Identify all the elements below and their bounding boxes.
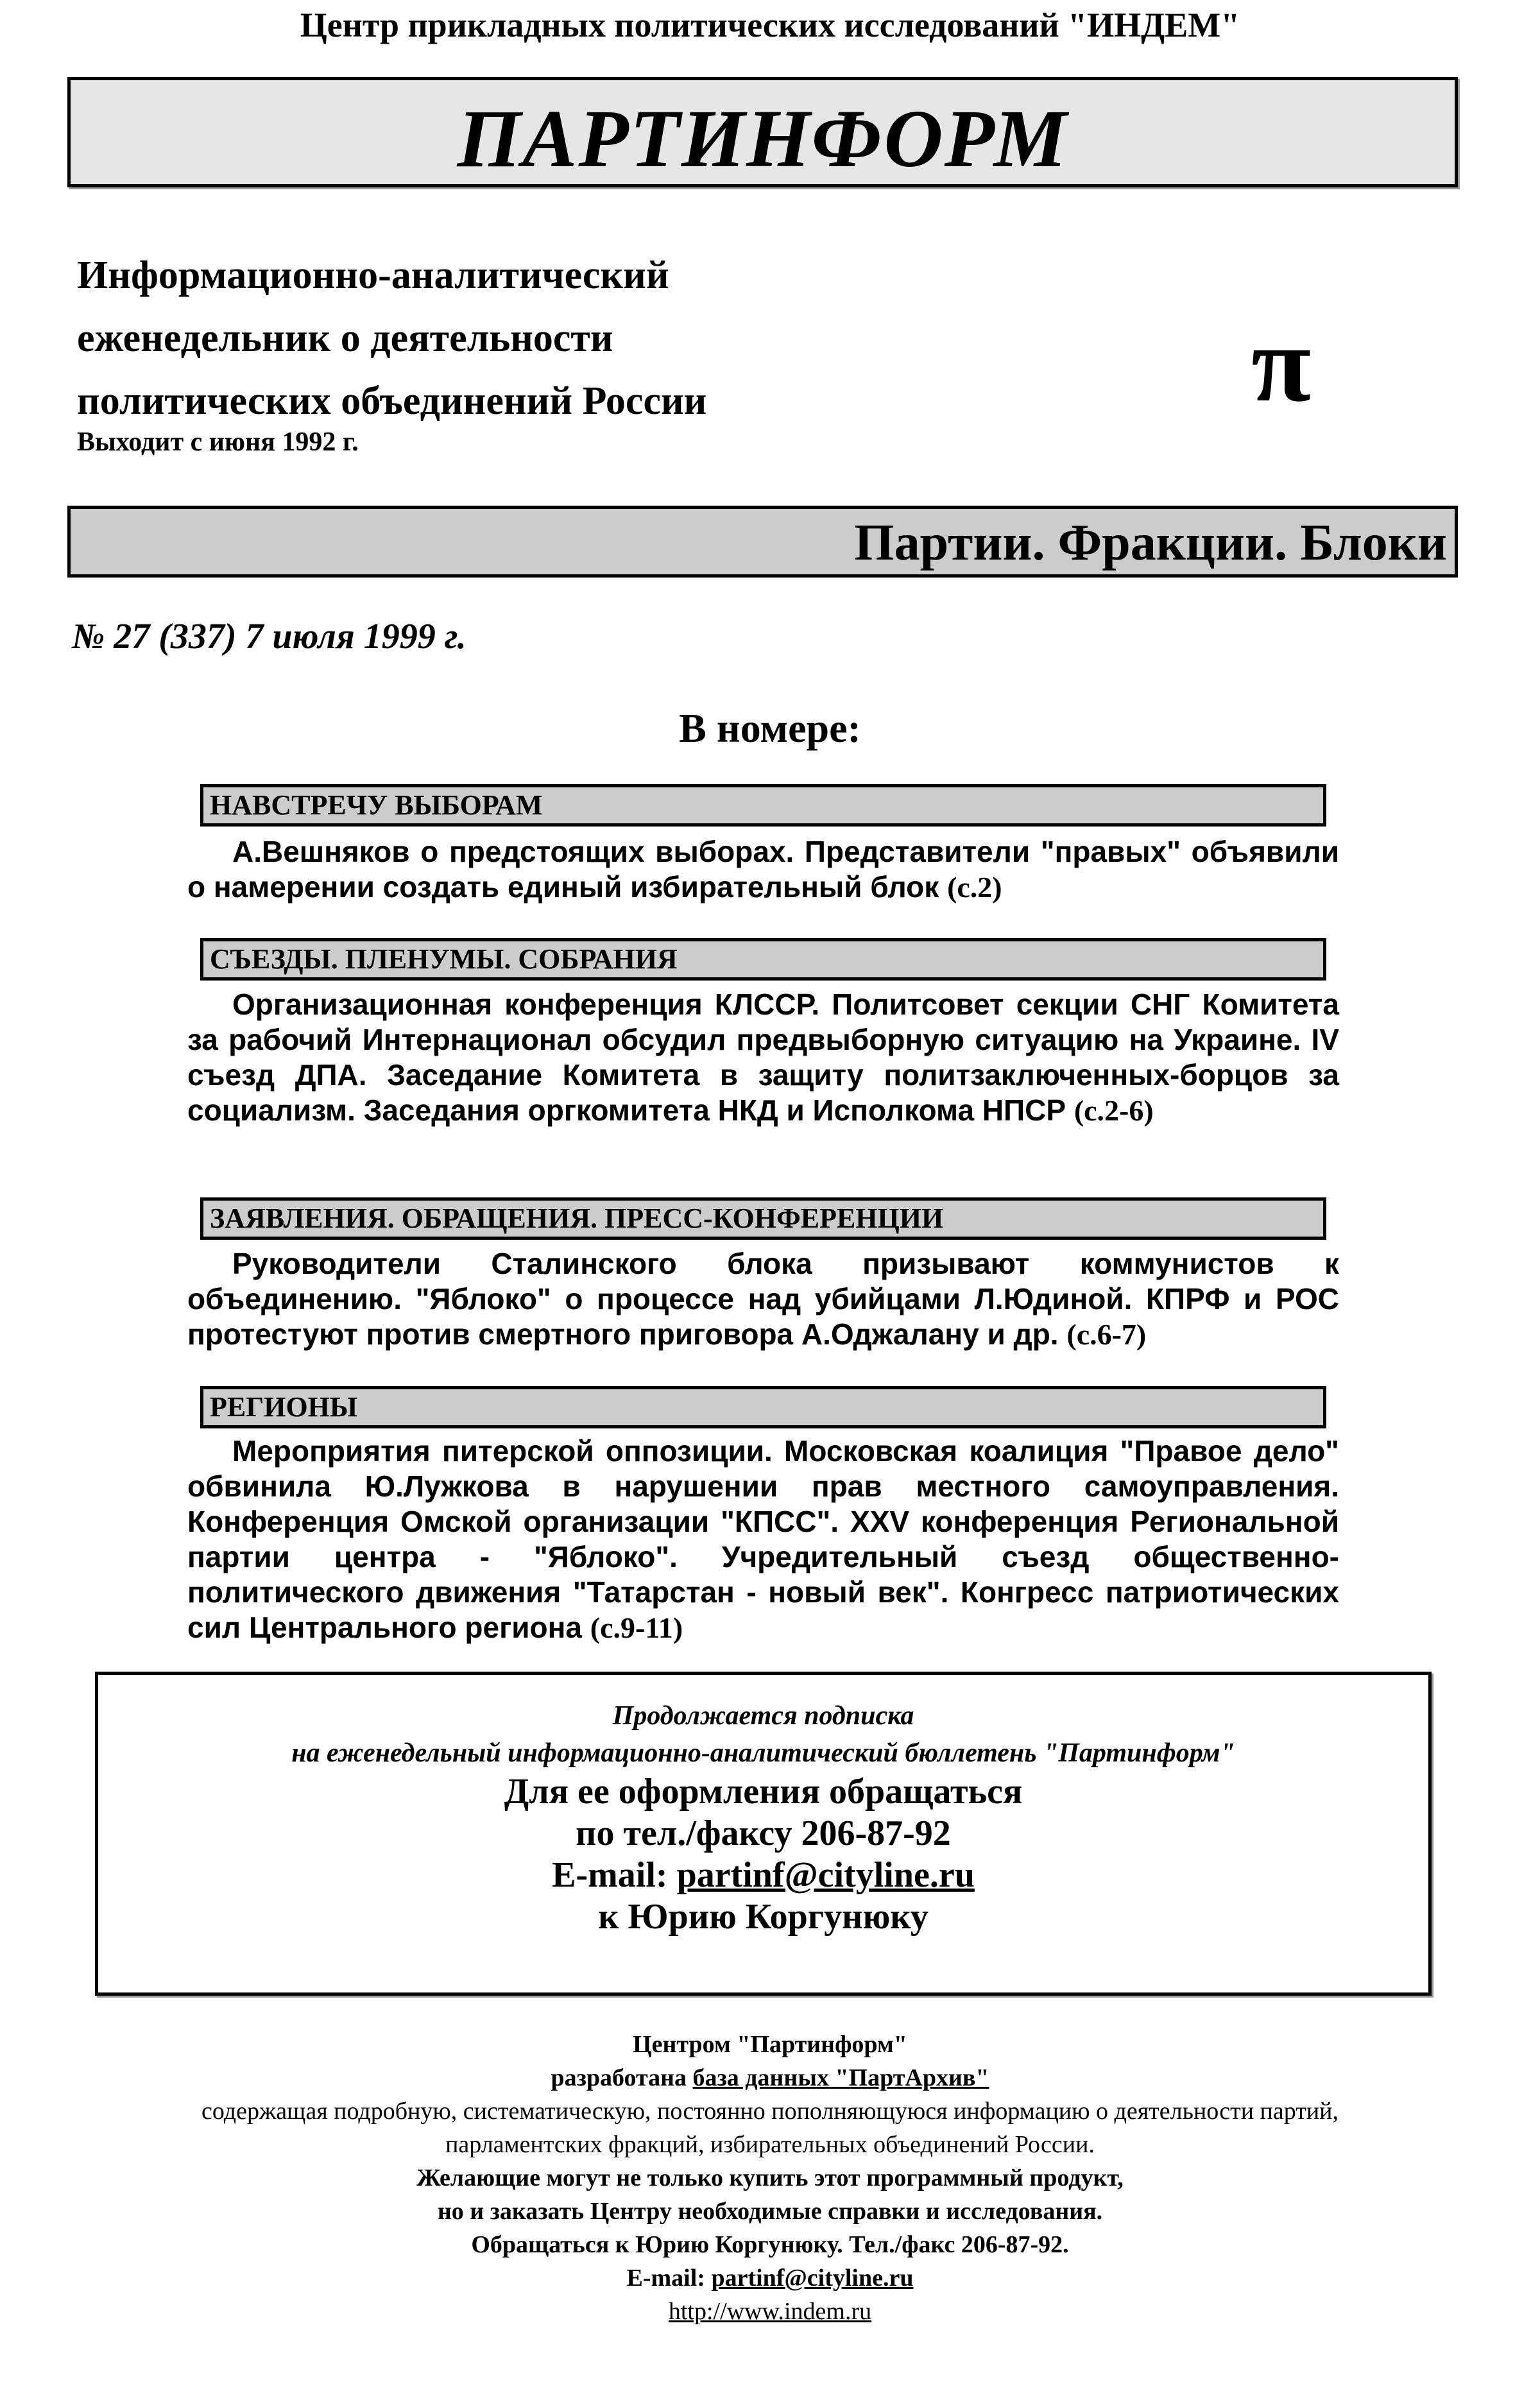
email-label: E-mail: [552, 1855, 676, 1895]
footer-email-label: E-mail: [627, 2265, 712, 2292]
section-header: СЪЕЗДЫ. ПЛЕНУМЫ. СОБРАНИЯ [200, 938, 1326, 981]
section-body: Мероприятия питерской оппозиции. Московс… [187, 1434, 1339, 1645]
footer-line: http://www.indem.ru [0, 2295, 1540, 2328]
footer-line: E-mail: partinf@cityline.ru [0, 2261, 1540, 2295]
subtitle-line: Информационно-аналитический [77, 244, 706, 307]
section-text: А.Вешняков о предстоящих выборах. Предст… [187, 835, 1339, 904]
subtitle-line: политических объединений России [77, 370, 706, 433]
subscription-line: Для ее оформления обращаться [98, 1771, 1428, 1812]
section-text: Мероприятия питерской оппозиции. Московс… [187, 1434, 1339, 1644]
rubric-box: Партии. Фракции. Блоки [67, 506, 1458, 578]
section-header: РЕГИОНЫ [200, 1386, 1326, 1428]
section-body: Организационная конференция КЛССР. Полит… [187, 987, 1339, 1128]
section-pages: (с.9-11) [590, 1611, 683, 1644]
subtitle: Информационно-аналитический еженедельник… [77, 244, 706, 433]
section-pages: (с.6-7) [1066, 1318, 1146, 1351]
organization-name: Центр прикладных политических исследован… [0, 5, 1540, 45]
footer-line: парламентских фракций, избирательных объ… [0, 2128, 1540, 2161]
publication-since: Выходит с июня 1992 г. [77, 427, 359, 458]
section-text: Организационная конференция КЛССР. Полит… [187, 988, 1339, 1127]
footer-line: Обращаться к Юрию Коргунюку. Тел./факс 2… [0, 2228, 1540, 2261]
section-pages: (с.2) [947, 871, 1002, 904]
website-link[interactable]: http://www.indem.ru [669, 2298, 871, 2325]
contents-heading: В номере: [0, 705, 1540, 752]
footer-line: Желающие могут не только купить этот про… [0, 2161, 1540, 2195]
section-body: А.Вешняков о предстоящих выборах. Предст… [187, 834, 1339, 905]
section-body: Руководители Сталинского блока призывают… [187, 1246, 1339, 1352]
footer-line: Центром "Партинформ" [0, 2028, 1540, 2061]
subscription-line: Продолжается подписка [98, 1701, 1428, 1731]
footer-line: содержащая подробную, систематическую, п… [0, 2095, 1540, 2128]
footer: Центром "Партинформ" разработана база да… [0, 2028, 1540, 2328]
subscription-line: к Юрию Коргунюку [98, 1896, 1428, 1937]
masthead-box: ПАРТИНФОРМ [67, 77, 1458, 187]
footer-email-link[interactable]: partinf@cityline.ru [711, 2265, 913, 2292]
rubric-title: Партии. Фракции. Блоки [854, 514, 1447, 572]
footer-text: разработана [551, 2064, 692, 2091]
subscription-line: на еженедельный информационно-аналитичес… [98, 1738, 1428, 1769]
footer-line: но и заказать Центру необходимые справки… [0, 2195, 1540, 2228]
masthead-title: ПАРТИНФОРМ [71, 92, 1455, 186]
issue-number: № 27 (337) 7 июля 1999 г. [72, 616, 466, 657]
section-text: Руководители Сталинского блока призывают… [187, 1247, 1339, 1351]
database-link[interactable]: база данных "ПартАрхив" [693, 2064, 989, 2091]
subscription-phone: по тел./факсу 206-87-92 [98, 1813, 1428, 1854]
subscription-email-line: E-mail: partinf@cityline.ru [98, 1855, 1428, 1896]
subscription-box: Продолжается подписка на еженедельный ин… [95, 1672, 1432, 1996]
pi-icon: π [1251, 302, 1311, 427]
footer-line: разработана база данных "ПартАрхив" [0, 2061, 1540, 2095]
section-header: ЗАЯВЛЕНИЯ. ОБРАЩЕНИЯ. ПРЕСС-КОНФЕРЕНЦИИ [200, 1197, 1326, 1240]
email-link[interactable]: partinf@cityline.ru [677, 1855, 975, 1895]
section-pages: (с.2-6) [1074, 1094, 1154, 1127]
subtitle-line: еженедельник о деятельности [77, 307, 706, 370]
section-header: НАВСТРЕЧУ ВЫБОРАМ [200, 784, 1326, 827]
